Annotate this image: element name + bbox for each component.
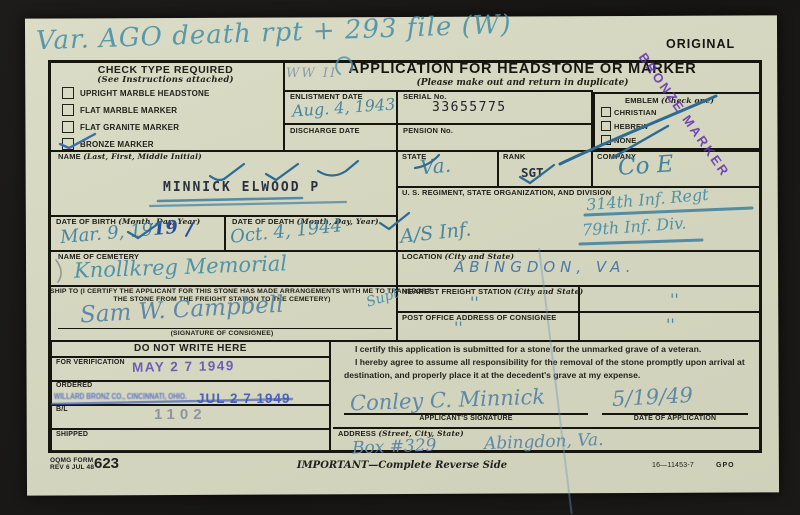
certification-line2: I hereby agree to assume all responsibil… <box>344 356 756 381</box>
rank-value: SGT <box>521 165 544 180</box>
emblem-option-label: NONE <box>614 136 636 145</box>
checkbox-bronze-marker <box>62 138 74 150</box>
serial-no-value: 33655775 <box>432 100 507 115</box>
emblem-option-label: CHRISTIAN <box>614 108 657 117</box>
do-not-write-title: DO NOT WRITE HERE <box>50 343 331 354</box>
footer-print-code: 16—11453-7 <box>652 462 694 469</box>
checkbox-label: BRONZE MARKER <box>80 140 154 149</box>
application-date-value: 5/19/49 <box>611 383 693 411</box>
checkbox-flat-marble-marker <box>62 104 74 116</box>
checkbox-label: FLAT GRANITE MARKER <box>80 123 179 132</box>
address-label-text: ADDRESS <box>338 429 376 438</box>
rank-label: RANK <box>503 152 525 161</box>
scanned-document: Var. AGO death rpt + 293 file (W) ORIGIN… <box>0 0 800 515</box>
checkbox-hebrew <box>601 121 611 131</box>
form-subtitle: (Please make out and return in duplicate… <box>283 78 762 88</box>
address-value-street: Box #329 <box>352 436 437 459</box>
post-office-label: POST OFFICE ADDRESS OF CONSIGNEE <box>402 313 556 322</box>
contractor-stamp: WILLARD BRONZ CO., CINCINNATI, OHIO. <box>54 394 196 402</box>
checkbox-none <box>601 135 611 145</box>
emblem-option-label: HEBREW <box>614 122 649 131</box>
ordered-label: ORDERED <box>56 382 92 389</box>
address-value-city: Abingdon, Va. <box>484 430 604 454</box>
pension-no-label: PENSION No. <box>403 126 453 135</box>
name-value: MINNICK ELWOOD P <box>163 180 320 195</box>
bl-label: B/L <box>56 406 68 413</box>
name-label-detail: (Last, First, Middle Initial) <box>83 152 202 161</box>
verification-date-stamp: MAY 2 7 1949 <box>132 358 235 375</box>
freight-label-text: NEAREST FREIGHT STATION <box>402 287 511 296</box>
freight-ditto-right: '' <box>670 290 679 309</box>
shipped-label: SHIPPED <box>56 431 88 438</box>
divider <box>497 150 499 186</box>
freight-label: NEAREST FREIGHT STATION (City and State) <box>402 287 583 296</box>
divider <box>50 356 331 358</box>
applicant-signature-label: APPLICANT'S SIGNATURE <box>344 415 588 422</box>
consignee-caption: (SIGNATURE OF CONSIGNEE) <box>50 330 394 337</box>
company-value: Co E <box>617 151 674 181</box>
form-title: APPLICATION FOR HEADSTONE OR MARKER <box>283 61 762 77</box>
location-label-text: LOCATION <box>402 252 442 261</box>
freight-ditto-left: '' <box>470 293 479 312</box>
consignee-signature-line <box>58 328 392 329</box>
checkbox-christian <box>601 107 611 117</box>
checkbox-upright-marble-headstone <box>62 87 74 99</box>
post-office-ditto-left: '' <box>454 318 463 337</box>
checkbox-label: UPRIGHT MARBLE HEADSTONE <box>80 89 210 98</box>
checkbox-flat-granite-marker <box>62 121 74 133</box>
original-label: ORIGINAL <box>666 37 735 51</box>
check-type-subtitle: (See Instructions attached) <box>48 75 283 85</box>
location-value: ABINGDON, VA. <box>454 258 635 276</box>
birth-value-part2: 19 <box>152 217 179 240</box>
name-label-text: NAME <box>58 152 81 161</box>
name-label: NAME (Last, First, Middle Initial) <box>58 152 202 161</box>
for-verification-label: FOR VERIFICATION <box>56 359 125 366</box>
divider <box>591 150 593 186</box>
application-date-label: DATE OF APPLICATION <box>602 415 748 422</box>
divider <box>50 428 331 430</box>
state-value: Va. <box>419 153 452 180</box>
discharge-date-label: DISCHARGE DATE <box>290 126 360 135</box>
freight-label-detail: (City and State) <box>514 287 584 296</box>
divider <box>283 123 593 125</box>
divider <box>396 90 398 340</box>
regiment-label: U. S. REGIMENT, STATE ORGANIZATION, AND … <box>402 188 611 197</box>
footer-gpo: GPO <box>716 462 735 469</box>
emblem-label-text: EMBLEM <box>625 96 659 105</box>
bl-number-stamp: 1102 <box>154 406 207 423</box>
checkbox-label: FLAT MARBLE MARKER <box>80 106 177 115</box>
post-office-ditto-right: '' <box>666 315 675 334</box>
divider <box>224 215 226 250</box>
